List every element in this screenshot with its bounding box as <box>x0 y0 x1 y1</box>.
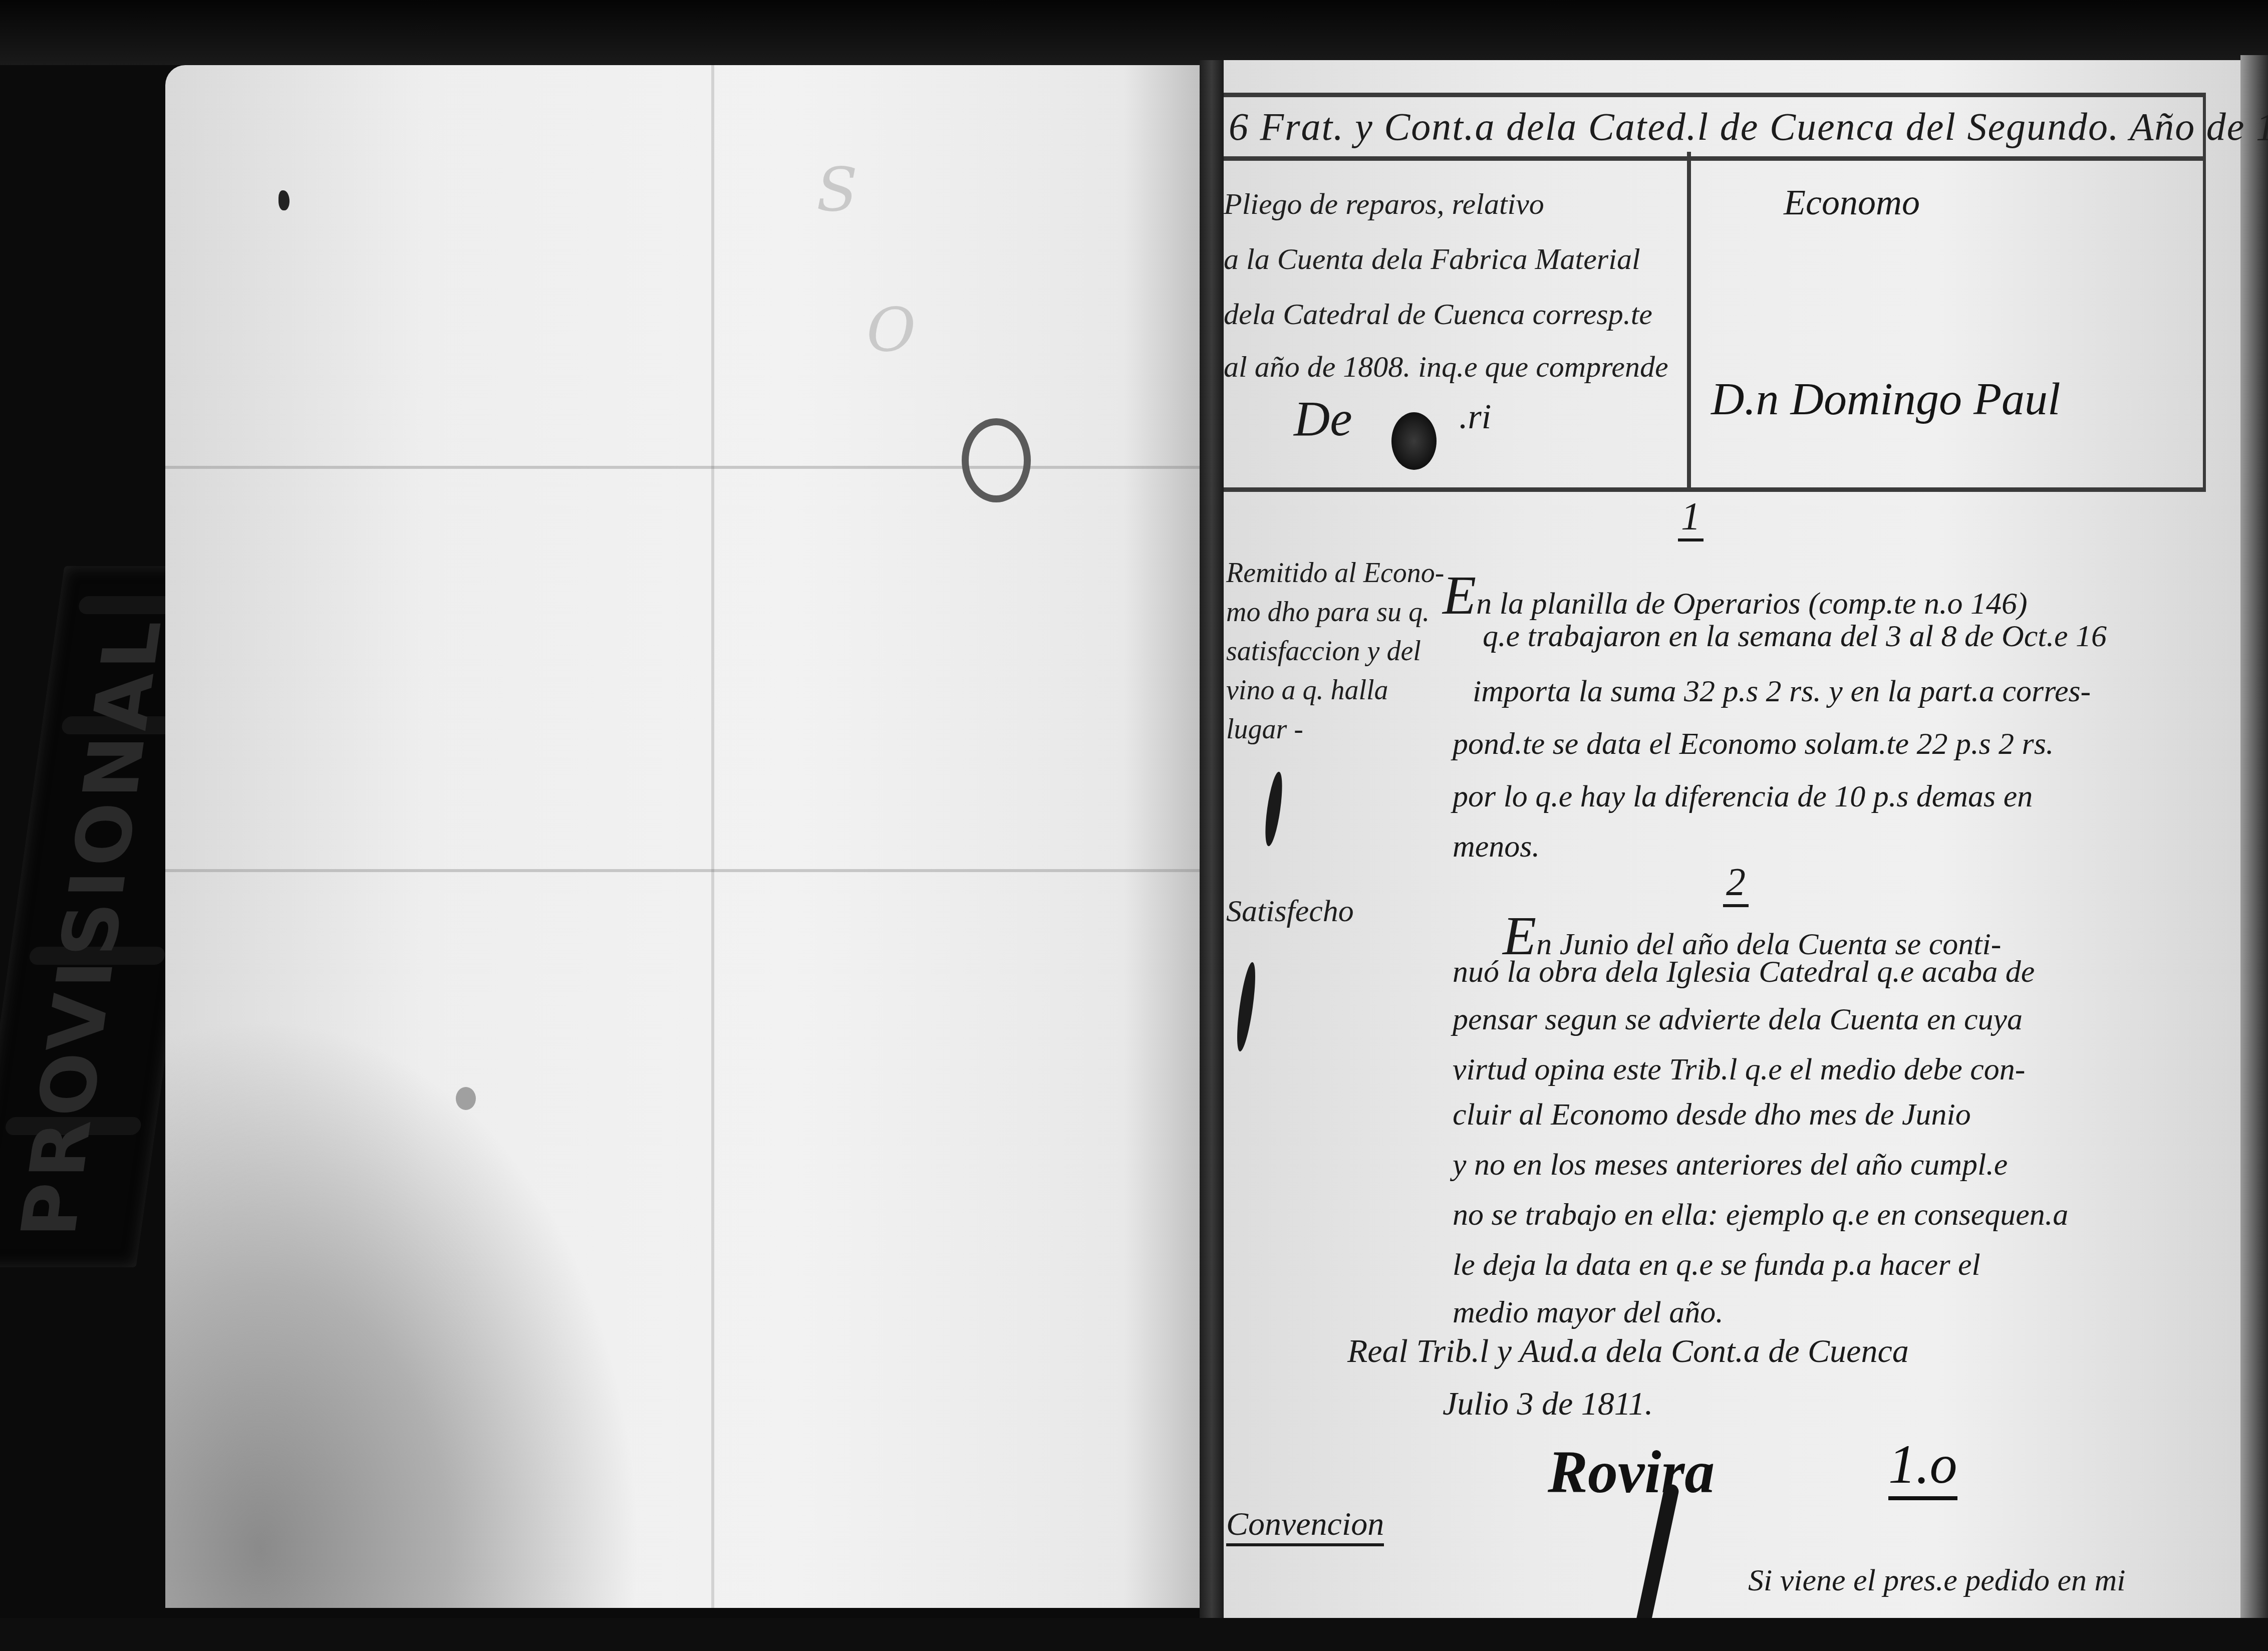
fold-line-horizontal <box>165 869 1207 872</box>
summary-line: Pliego de reparos, relativo <box>1224 187 1544 221</box>
official-name: D.n Domingo Paul <box>1711 372 2061 425</box>
section-label: Convencion <box>1226 1505 1384 1546</box>
page-header: 6 Frat. y Cont.a dela Cated.l de Cuenca … <box>1224 93 2206 161</box>
entry-line: cluir al Economo desde dho mes de Junio <box>1453 1097 1971 1133</box>
entry-line: q.e trabajaron en la semana del 3 al 8 d… <box>1483 619 2107 654</box>
wax-seal-icon <box>1391 412 1437 470</box>
ring-stain <box>962 418 1031 502</box>
entry-line: pensar segun se advierte dela Cuenta en … <box>1453 1002 2023 1037</box>
bleed-through-mark: O <box>867 296 916 365</box>
hand-shadow <box>165 1017 641 1608</box>
entry-line: importa la suma 32 p.s 2 rs. y en la par… <box>1473 674 2091 709</box>
entry-line: por lo q.e hay la diferencia de 10 p.s d… <box>1453 779 2033 814</box>
entry-line: nuó la obra dela Iglesia Catedral q.e ac… <box>1453 954 2035 990</box>
closing-date: Julio 3 de 1811. <box>1443 1385 1653 1423</box>
summary-line: a la Cuenta dela Fabrica Material <box>1224 242 1640 277</box>
entry-line: virtud opina este Trib.l q.e el medio de… <box>1453 1052 2025 1087</box>
margin-note-2: Satisfecho <box>1226 892 1354 931</box>
fold-line-vertical <box>711 65 714 1608</box>
de-suffix: .ri <box>1459 397 1491 437</box>
summary-line: al año de 1808. inq.e que comprende <box>1224 350 1668 384</box>
fold-line-horizontal <box>165 466 1207 469</box>
entry-line: medio mayor del año. <box>1453 1295 1724 1330</box>
entry-number: 1 <box>1678 493 1704 541</box>
summary-box: Pliego de reparos, relativo a la Cuenta … <box>1224 152 1691 492</box>
entry-number: 2 <box>1723 859 1749 907</box>
entry-line: En la planilla de Operarios (comp.te n.o… <box>1443 564 2028 627</box>
ink-blot <box>278 190 290 210</box>
book-gutter <box>1200 60 1224 1651</box>
bleed-through-mark: S <box>816 155 858 225</box>
header-text: 6 Frat. y Cont.a dela Cated.l de Cuenca … <box>1224 104 2268 149</box>
summary-line: dela Catedral de Cuenca corresp.te <box>1224 297 1652 332</box>
entry-line: pond.te se data el Economo solam.te 22 p… <box>1453 726 2054 762</box>
role-title: Economo <box>1784 182 1920 223</box>
entry-line: menos. <box>1453 829 1540 865</box>
left-page: S O <box>165 65 1207 1608</box>
film-top-border <box>0 0 2268 65</box>
signature: Rovira <box>1548 1438 1715 1507</box>
page-edge <box>2240 55 2268 1651</box>
entry-line: le deja la data en q.e se funda p.a hace… <box>1453 1247 1980 1283</box>
role-box: Economo D.n Domingo Paul <box>1691 152 2206 492</box>
de-label: De <box>1294 390 1352 447</box>
margin-note-1: Remitido al Econo- mo dho para su q. sat… <box>1226 554 1444 749</box>
sheet-number: 1.o <box>1888 1433 1957 1500</box>
closing-place: Real Trib.l y Aud.a dela Cont.a de Cuenc… <box>1347 1332 1909 1370</box>
film-bottom-border <box>0 1618 2268 1651</box>
continuation-line: Si viene el pres.e pedido en mi <box>1748 1563 2126 1598</box>
entry-line: y no en los meses anteriores del año cum… <box>1453 1147 2008 1183</box>
entry-line: no se trabajo en ella: ejemplo q.e en co… <box>1453 1197 2068 1233</box>
